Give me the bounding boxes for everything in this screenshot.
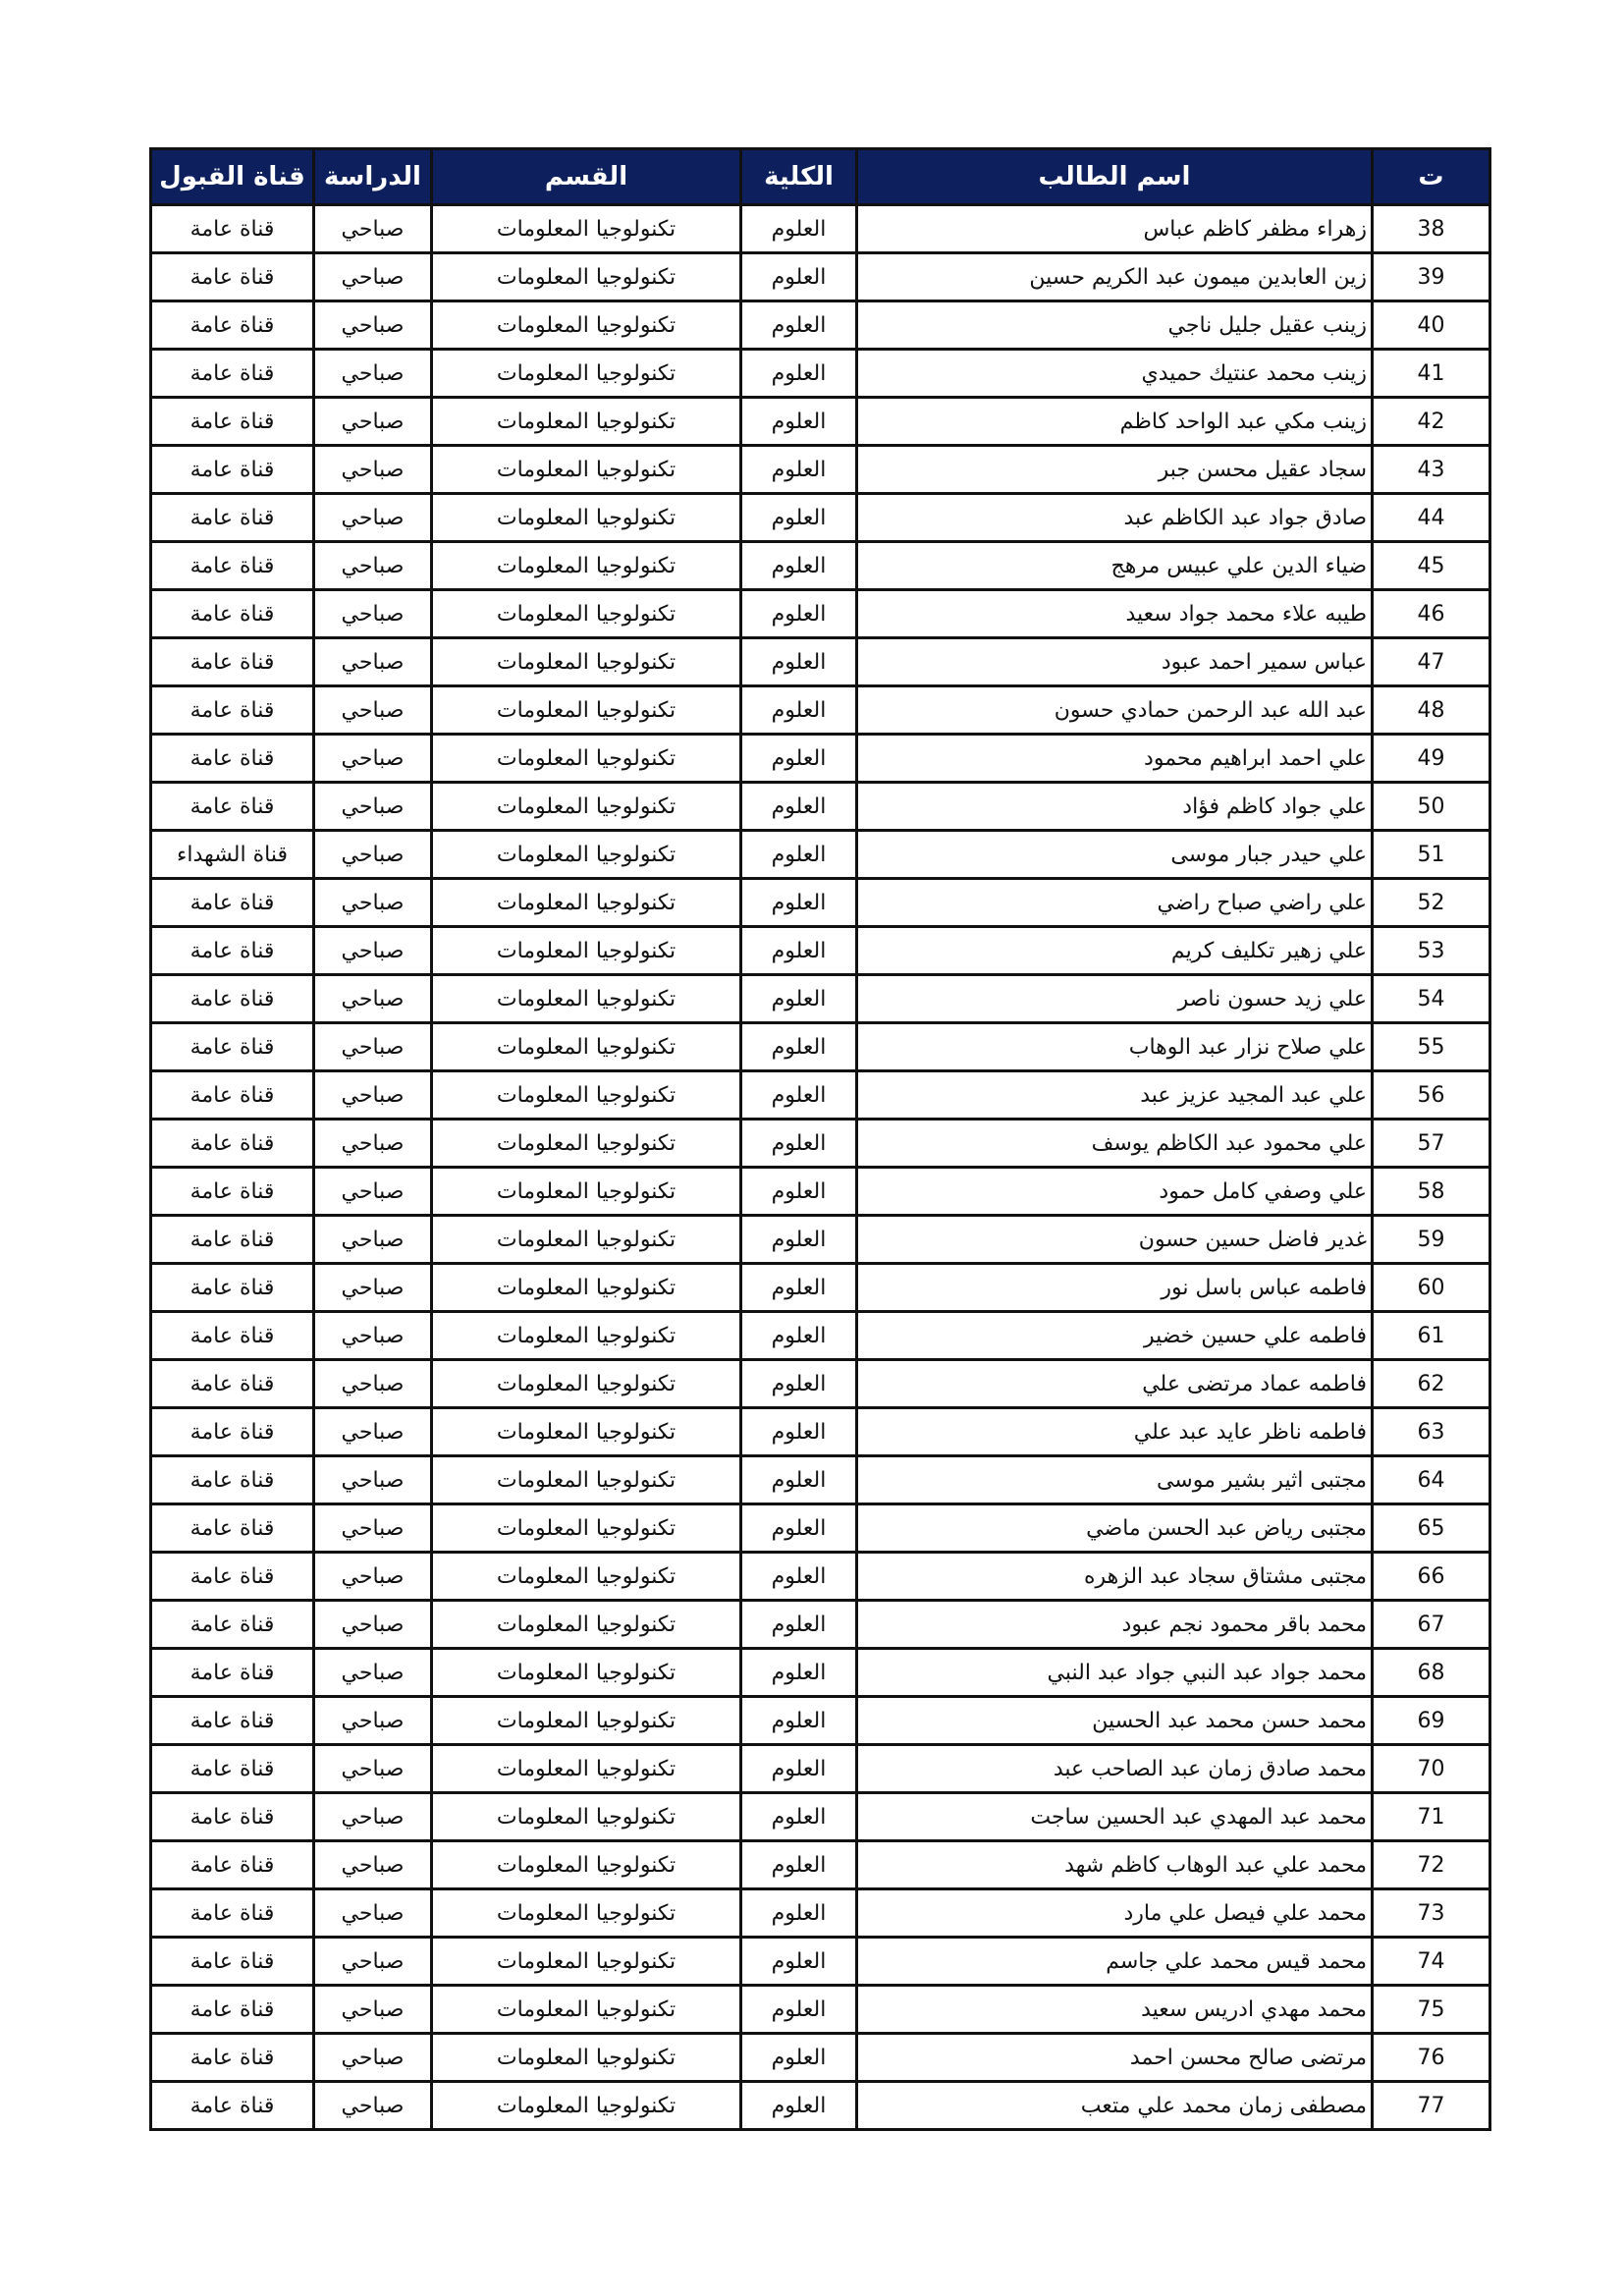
cell-study-type: صباحي (314, 1745, 432, 1793)
table-row: 65مجتبى رياض عبد الحسن ماضيالعلومتكنولوج… (151, 1504, 1490, 1553)
header-study: الدراسة (314, 149, 432, 205)
cell-num: 58 (1373, 1168, 1490, 1216)
cell-college: العلوم (741, 1601, 857, 1649)
cell-num: 70 (1373, 1745, 1490, 1793)
cell-study-type: صباحي (314, 253, 432, 301)
cell-student-name: محمد باقر محمود نجم عبود (857, 1601, 1373, 1649)
cell-study-type: صباحي (314, 638, 432, 686)
cell-admission-channel: قناة عامة (151, 1841, 314, 1889)
cell-num: 48 (1373, 686, 1490, 735)
cell-department: تكنولوجيا المعلومات (432, 686, 741, 735)
table-row: 48عبد الله عبد الرحمن حمادي حسونالعلومتك… (151, 686, 1490, 735)
cell-num: 52 (1373, 879, 1490, 927)
cell-study-type: صباحي (314, 1649, 432, 1697)
table-row: 62فاطمه عماد مرتضى عليالعلومتكنولوجيا ال… (151, 1360, 1490, 1408)
cell-admission-channel: قناة عامة (151, 879, 314, 927)
cell-study-type: صباحي (314, 1938, 432, 1986)
cell-student-name: فاطمه عماد مرتضى علي (857, 1360, 1373, 1408)
cell-college: العلوم (741, 1408, 857, 1456)
header-name: اسم الطالب (857, 149, 1373, 205)
table-row: 57علي محمود عبد الكاظم يوسفالعلومتكنولوج… (151, 1120, 1490, 1168)
cell-admission-channel: قناة عامة (151, 1168, 314, 1216)
cell-study-type: صباحي (314, 1408, 432, 1456)
cell-student-name: زينب مكي عبد الواحد كاظم (857, 398, 1373, 446)
cell-admission-channel: قناة عامة (151, 1649, 314, 1697)
cell-num: 42 (1373, 398, 1490, 446)
cell-study-type: صباحي (314, 783, 432, 831)
cell-num: 59 (1373, 1216, 1490, 1264)
table-row: 70محمد صادق زمان عبد الصاحب عبدالعلومتكن… (151, 1745, 1490, 1793)
cell-admission-channel: قناة عامة (151, 1264, 314, 1312)
cell-admission-channel: قناة الشهداء (151, 831, 314, 879)
cell-num: 45 (1373, 542, 1490, 590)
cell-college: العلوم (741, 253, 857, 301)
cell-study-type: صباحي (314, 927, 432, 975)
table-row: 55علي صلاح نزار عبد الوهابالعلومتكنولوجي… (151, 1023, 1490, 1071)
table-row: 59غدير فاضل حسين حسونالعلومتكنولوجيا الم… (151, 1216, 1490, 1264)
cell-college: العلوم (741, 590, 857, 638)
cell-student-name: زين العابدين ميمون عبد الكريم حسين (857, 253, 1373, 301)
cell-admission-channel: قناة عامة (151, 1408, 314, 1456)
table-row: 52علي راضي صباح راضيالعلومتكنولوجيا المع… (151, 879, 1490, 927)
cell-student-name: فاطمه ناظر عايد عبد علي (857, 1408, 1373, 1456)
cell-student-name: غدير فاضل حسين حسون (857, 1216, 1373, 1264)
table-row: 58علي وصفي كامل حمودالعلومتكنولوجيا المع… (151, 1168, 1490, 1216)
cell-department: تكنولوجيا المعلومات (432, 1793, 741, 1841)
header-department: القسم (432, 149, 741, 205)
cell-college: العلوم (741, 1889, 857, 1938)
cell-college: العلوم (741, 1793, 857, 1841)
table-row: 71محمد عبد المهدي عبد الحسين ساجتالعلومت… (151, 1793, 1490, 1841)
cell-num: 56 (1373, 1071, 1490, 1120)
cell-student-name: فاطمه علي حسين خضير (857, 1312, 1373, 1360)
cell-study-type: صباحي (314, 1360, 432, 1408)
cell-college: العلوم (741, 927, 857, 975)
cell-admission-channel: قناة عامة (151, 2034, 314, 2082)
cell-admission-channel: قناة عامة (151, 398, 314, 446)
table-row: 54علي زيد حسون ناصرالعلومتكنولوجيا المعل… (151, 975, 1490, 1023)
cell-student-name: محمد صادق زمان عبد الصاحب عبد (857, 1745, 1373, 1793)
cell-college: العلوم (741, 301, 857, 350)
cell-admission-channel: قناة عامة (151, 638, 314, 686)
cell-num: 60 (1373, 1264, 1490, 1312)
cell-college: العلوم (741, 1841, 857, 1889)
cell-college: العلوم (741, 1649, 857, 1697)
table-row: 38زهراء مظفر كاظم عباسالعلومتكنولوجيا ال… (151, 205, 1490, 253)
table-row: 40زينب عقيل جليل ناجيالعلومتكنولوجيا الم… (151, 301, 1490, 350)
cell-student-name: علي احمد ابراهيم محمود (857, 735, 1373, 783)
cell-num: 66 (1373, 1553, 1490, 1601)
cell-study-type: صباحي (314, 2034, 432, 2082)
cell-college: العلوم (741, 398, 857, 446)
header-row: ت اسم الطالب الكلية القسم الدراسة قناة ا… (151, 149, 1490, 205)
table-body: 38زهراء مظفر كاظم عباسالعلومتكنولوجيا ال… (151, 205, 1490, 2130)
cell-study-type: صباحي (314, 398, 432, 446)
cell-department: تكنولوجيا المعلومات (432, 735, 741, 783)
cell-department: تكنولوجيا المعلومات (432, 2034, 741, 2082)
table-row: 69محمد حسن محمد عبد الحسينالعلومتكنولوجي… (151, 1697, 1490, 1745)
cell-study-type: صباحي (314, 350, 432, 398)
table-row: 73محمد علي فيصل علي ماردالعلومتكنولوجيا … (151, 1889, 1490, 1938)
cell-college: العلوم (741, 735, 857, 783)
cell-college: العلوم (741, 542, 857, 590)
cell-college: العلوم (741, 1168, 857, 1216)
cell-college: العلوم (741, 1264, 857, 1312)
cell-study-type: صباحي (314, 446, 432, 494)
cell-department: تكنولوجيا المعلومات (432, 205, 741, 253)
cell-college: العلوم (741, 1360, 857, 1408)
cell-department: تكنولوجيا المعلومات (432, 1216, 741, 1264)
cell-num: 53 (1373, 927, 1490, 975)
table-row: 46طيبه علاء محمد جواد سعيدالعلومتكنولوجي… (151, 590, 1490, 638)
cell-student-name: سجاد عقيل محسن جبر (857, 446, 1373, 494)
cell-student-name: علي حيدر جبار موسى (857, 831, 1373, 879)
cell-student-name: محمد علي فيصل علي مارد (857, 1889, 1373, 1938)
table-row: 44صادق جواد عبد الكاظم عبدالعلومتكنولوجي… (151, 494, 1490, 542)
cell-admission-channel: قناة عامة (151, 253, 314, 301)
cell-college: العلوم (741, 831, 857, 879)
cell-study-type: صباحي (314, 2082, 432, 2130)
table-row: 64مجتبى اثير بشير موسىالعلومتكنولوجيا ال… (151, 1456, 1490, 1504)
cell-num: 54 (1373, 975, 1490, 1023)
cell-admission-channel: قناة عامة (151, 446, 314, 494)
cell-department: تكنولوجيا المعلومات (432, 350, 741, 398)
cell-student-name: محمد حسن محمد عبد الحسين (857, 1697, 1373, 1745)
cell-admission-channel: قناة عامة (151, 1745, 314, 1793)
cell-department: تكنولوجيا المعلومات (432, 2082, 741, 2130)
cell-college: العلوم (741, 975, 857, 1023)
cell-admission-channel: قناة عامة (151, 542, 314, 590)
cell-student-name: محمد عبد المهدي عبد الحسين ساجت (857, 1793, 1373, 1841)
cell-admission-channel: قناة عامة (151, 1938, 314, 1986)
cell-admission-channel: قناة عامة (151, 735, 314, 783)
cell-num: 61 (1373, 1312, 1490, 1360)
cell-college: العلوم (741, 494, 857, 542)
cell-department: تكنولوجيا المعلومات (432, 1504, 741, 1553)
table-row: 49علي احمد ابراهيم محمودالعلومتكنولوجيا … (151, 735, 1490, 783)
cell-num: 76 (1373, 2034, 1490, 2082)
cell-study-type: صباحي (314, 1841, 432, 1889)
cell-num: 57 (1373, 1120, 1490, 1168)
cell-admission-channel: قناة عامة (151, 2082, 314, 2130)
header-channel: قناة القبول (151, 149, 314, 205)
cell-student-name: فاطمه عباس باسل نور (857, 1264, 1373, 1312)
table-row: 67محمد باقر محمود نجم عبودالعلومتكنولوجي… (151, 1601, 1490, 1649)
cell-admission-channel: قناة عامة (151, 1023, 314, 1071)
cell-student-name: محمد جواد عبد النبي جواد عبد النبي (857, 1649, 1373, 1697)
header-college: الكلية (741, 149, 857, 205)
cell-college: العلوم (741, 1312, 857, 1360)
cell-department: تكنولوجيا المعلومات (432, 446, 741, 494)
cell-student-name: زينب محمد عنتيك حميدي (857, 350, 1373, 398)
table-row: 56علي عبد المجيد عزيز عبدالعلومتكنولوجيا… (151, 1071, 1490, 1120)
cell-student-name: علي وصفي كامل حمود (857, 1168, 1373, 1216)
cell-num: 63 (1373, 1408, 1490, 1456)
cell-student-name: زهراء مظفر كاظم عباس (857, 205, 1373, 253)
cell-student-name: علي جواد كاظم فؤاد (857, 783, 1373, 831)
cell-department: تكنولوجيا المعلومات (432, 253, 741, 301)
cell-admission-channel: قناة عامة (151, 1889, 314, 1938)
cell-student-name: عباس سمير احمد عبود (857, 638, 1373, 686)
cell-study-type: صباحي (314, 301, 432, 350)
cell-admission-channel: قناة عامة (151, 1697, 314, 1745)
cell-college: العلوم (741, 205, 857, 253)
cell-num: 44 (1373, 494, 1490, 542)
cell-college: العلوم (741, 1504, 857, 1553)
table-row: 51علي حيدر جبار موسىالعلومتكنولوجيا المع… (151, 831, 1490, 879)
cell-study-type: صباحي (314, 735, 432, 783)
cell-college: العلوم (741, 1986, 857, 2034)
table-row: 68محمد جواد عبد النبي جواد عبد النبيالعل… (151, 1649, 1490, 1697)
cell-student-name: محمد قيس محمد علي جاسم (857, 1938, 1373, 1986)
cell-department: تكنولوجيا المعلومات (432, 1986, 741, 2034)
cell-college: العلوم (741, 1456, 857, 1504)
cell-student-name: عبد الله عبد الرحمن حمادي حسون (857, 686, 1373, 735)
table-row: 76مرتضى صالح محسن احمدالعلومتكنولوجيا ال… (151, 2034, 1490, 2082)
cell-student-name: علي محمود عبد الكاظم يوسف (857, 1120, 1373, 1168)
cell-college: العلوم (741, 1553, 857, 1601)
cell-college: العلوم (741, 783, 857, 831)
cell-department: تكنولوجيا المعلومات (432, 1168, 741, 1216)
cell-student-name: محمد مهدي ادريس سعيد (857, 1986, 1373, 2034)
table-header: ت اسم الطالب الكلية القسم الدراسة قناة ا… (151, 149, 1490, 205)
cell-admission-channel: قناة عامة (151, 975, 314, 1023)
cell-student-name: مجتبى رياض عبد الحسن ماضي (857, 1504, 1373, 1553)
cell-department: تكنولوجيا المعلومات (432, 1889, 741, 1938)
cell-department: تكنولوجيا المعلومات (432, 1938, 741, 1986)
cell-department: تكنولوجيا المعلومات (432, 1456, 741, 1504)
cell-college: العلوم (741, 1071, 857, 1120)
header-num: ت (1373, 149, 1490, 205)
cell-num: 47 (1373, 638, 1490, 686)
cell-department: تكنولوجيا المعلومات (432, 831, 741, 879)
cell-study-type: صباحي (314, 1216, 432, 1264)
cell-study-type: صباحي (314, 686, 432, 735)
table-row: 41زينب محمد عنتيك حميديالعلومتكنولوجيا ا… (151, 350, 1490, 398)
cell-num: 55 (1373, 1023, 1490, 1071)
cell-num: 64 (1373, 1456, 1490, 1504)
cell-admission-channel: قناة عامة (151, 1312, 314, 1360)
cell-department: تكنولوجيا المعلومات (432, 1841, 741, 1889)
cell-department: تكنولوجيا المعلومات (432, 879, 741, 927)
cell-college: العلوم (741, 1697, 857, 1745)
cell-admission-channel: قناة عامة (151, 783, 314, 831)
cell-num: 71 (1373, 1793, 1490, 1841)
cell-study-type: صباحي (314, 831, 432, 879)
cell-student-name: مصطفى زمان محمد علي متعب (857, 2082, 1373, 2130)
cell-department: تكنولوجيا المعلومات (432, 638, 741, 686)
cell-department: تكنولوجيا المعلومات (432, 1120, 741, 1168)
cell-num: 77 (1373, 2082, 1490, 2130)
cell-study-type: صباحي (314, 879, 432, 927)
students-table: ت اسم الطالب الكلية القسم الدراسة قناة ا… (149, 147, 1491, 2131)
table-row: 42زينب مكي عبد الواحد كاظمالعلومتكنولوجي… (151, 398, 1490, 446)
cell-num: 51 (1373, 831, 1490, 879)
cell-admission-channel: قناة عامة (151, 1601, 314, 1649)
table-row: 47عباس سمير احمد عبودالعلومتكنولوجيا الم… (151, 638, 1490, 686)
cell-college: العلوم (741, 638, 857, 686)
cell-college: العلوم (741, 2034, 857, 2082)
table-row: 53علي زهير تكليف كريمالعلومتكنولوجيا الم… (151, 927, 1490, 975)
cell-num: 50 (1373, 783, 1490, 831)
cell-department: تكنولوجيا المعلومات (432, 927, 741, 975)
cell-college: العلوم (741, 686, 857, 735)
cell-college: العلوم (741, 1120, 857, 1168)
cell-admission-channel: قناة عامة (151, 1553, 314, 1601)
cell-student-name: علي عبد المجيد عزيز عبد (857, 1071, 1373, 1120)
cell-student-name: علي زيد حسون ناصر (857, 975, 1373, 1023)
cell-num: 68 (1373, 1649, 1490, 1697)
cell-num: 40 (1373, 301, 1490, 350)
cell-study-type: صباحي (314, 1071, 432, 1120)
table-row: 60فاطمه عباس باسل نورالعلومتكنولوجيا الم… (151, 1264, 1490, 1312)
cell-num: 75 (1373, 1986, 1490, 2034)
cell-admission-channel: قناة عامة (151, 301, 314, 350)
cell-student-name: زينب عقيل جليل ناجي (857, 301, 1373, 350)
cell-study-type: صباحي (314, 1697, 432, 1745)
cell-college: العلوم (741, 1216, 857, 1264)
cell-study-type: صباحي (314, 494, 432, 542)
table-row: 75محمد مهدي ادريس سعيدالعلومتكنولوجيا ال… (151, 1986, 1490, 2034)
cell-study-type: صباحي (314, 1456, 432, 1504)
cell-admission-channel: قناة عامة (151, 590, 314, 638)
cell-num: 49 (1373, 735, 1490, 783)
cell-college: العلوم (741, 1938, 857, 1986)
cell-num: 69 (1373, 1697, 1490, 1745)
cell-study-type: صباحي (314, 542, 432, 590)
cell-admission-channel: قناة عامة (151, 1504, 314, 1553)
cell-num: 39 (1373, 253, 1490, 301)
cell-student-name: مجتبى اثير بشير موسى (857, 1456, 1373, 1504)
cell-admission-channel: قناة عامة (151, 494, 314, 542)
cell-department: تكنولوجيا المعلومات (432, 975, 741, 1023)
cell-study-type: صباحي (314, 1168, 432, 1216)
students-table-container: ت اسم الطالب الكلية القسم الدراسة قناة ا… (149, 147, 1489, 2131)
cell-study-type: صباحي (314, 1601, 432, 1649)
cell-admission-channel: قناة عامة (151, 1793, 314, 1841)
cell-study-type: صباحي (314, 1793, 432, 1841)
cell-department: تكنولوجيا المعلومات (432, 1071, 741, 1120)
table-row: 72محمد علي عبد الوهاب كاظم شهدالعلومتكنو… (151, 1841, 1490, 1889)
table-row: 66مجتبى مشتاق سجاد عبد الزهرهالعلومتكنول… (151, 1553, 1490, 1601)
cell-department: تكنولوجيا المعلومات (432, 301, 741, 350)
cell-admission-channel: قناة عامة (151, 1120, 314, 1168)
cell-admission-channel: قناة عامة (151, 1360, 314, 1408)
table-row: 43سجاد عقيل محسن جبرالعلومتكنولوجيا المع… (151, 446, 1490, 494)
cell-student-name: طيبه علاء محمد جواد سعيد (857, 590, 1373, 638)
cell-college: العلوم (741, 2082, 857, 2130)
cell-num: 62 (1373, 1360, 1490, 1408)
cell-num: 67 (1373, 1601, 1490, 1649)
cell-study-type: صباحي (314, 590, 432, 638)
cell-admission-channel: قناة عامة (151, 205, 314, 253)
table-row: 50علي جواد كاظم فؤادالعلومتكنولوجيا المع… (151, 783, 1490, 831)
cell-department: تكنولوجيا المعلومات (432, 1697, 741, 1745)
cell-admission-channel: قناة عامة (151, 927, 314, 975)
cell-student-name: مرتضى صالح محسن احمد (857, 2034, 1373, 2082)
cell-department: تكنولوجيا المعلومات (432, 783, 741, 831)
cell-admission-channel: قناة عامة (151, 1456, 314, 1504)
cell-study-type: صباحي (314, 1986, 432, 2034)
table-row: 45ضياء الدين علي عبيس مرهجالعلومتكنولوجي… (151, 542, 1490, 590)
cell-department: تكنولوجيا المعلومات (432, 590, 741, 638)
cell-student-name: علي زهير تكليف كريم (857, 927, 1373, 975)
cell-admission-channel: قناة عامة (151, 1216, 314, 1264)
cell-department: تكنولوجيا المعلومات (432, 494, 741, 542)
cell-num: 41 (1373, 350, 1490, 398)
cell-num: 73 (1373, 1889, 1490, 1938)
cell-student-name: علي راضي صباح راضي (857, 879, 1373, 927)
cell-study-type: صباحي (314, 1553, 432, 1601)
cell-study-type: صباحي (314, 205, 432, 253)
cell-study-type: صباحي (314, 1504, 432, 1553)
cell-college: العلوم (741, 350, 857, 398)
table-row: 63فاطمه ناظر عايد عبد عليالعلومتكنولوجيا… (151, 1408, 1490, 1456)
cell-admission-channel: قناة عامة (151, 1071, 314, 1120)
cell-num: 74 (1373, 1938, 1490, 1986)
table-row: 61فاطمه علي حسين خضيرالعلومتكنولوجيا الم… (151, 1312, 1490, 1360)
cell-admission-channel: قناة عامة (151, 686, 314, 735)
cell-department: تكنولوجيا المعلومات (432, 1360, 741, 1408)
cell-study-type: صباحي (314, 1312, 432, 1360)
cell-admission-channel: قناة عامة (151, 350, 314, 398)
cell-department: تكنولوجيا المعلومات (432, 1601, 741, 1649)
cell-num: 43 (1373, 446, 1490, 494)
cell-department: تكنولوجيا المعلومات (432, 542, 741, 590)
cell-department: تكنولوجيا المعلومات (432, 1553, 741, 1601)
cell-study-type: صباحي (314, 1889, 432, 1938)
cell-num: 72 (1373, 1841, 1490, 1889)
table-row: 39زين العابدين ميمون عبد الكريم حسينالعل… (151, 253, 1490, 301)
cell-department: تكنولوجيا المعلومات (432, 1264, 741, 1312)
cell-student-name: محمد علي عبد الوهاب كاظم شهد (857, 1841, 1373, 1889)
cell-department: تكنولوجيا المعلومات (432, 1023, 741, 1071)
cell-college: العلوم (741, 879, 857, 927)
table-row: 74محمد قيس محمد علي جاسمالعلومتكنولوجيا … (151, 1938, 1490, 1986)
cell-student-name: صادق جواد عبد الكاظم عبد (857, 494, 1373, 542)
cell-college: العلوم (741, 446, 857, 494)
cell-student-name: مجتبى مشتاق سجاد عبد الزهره (857, 1553, 1373, 1601)
cell-college: العلوم (741, 1745, 857, 1793)
cell-num: 65 (1373, 1504, 1490, 1553)
cell-college: العلوم (741, 1023, 857, 1071)
cell-student-name: علي صلاح نزار عبد الوهاب (857, 1023, 1373, 1071)
cell-study-type: صباحي (314, 1264, 432, 1312)
cell-department: تكنولوجيا المعلومات (432, 1312, 741, 1360)
cell-num: 46 (1373, 590, 1490, 638)
cell-student-name: ضياء الدين علي عبيس مرهج (857, 542, 1373, 590)
cell-department: تكنولوجيا المعلومات (432, 398, 741, 446)
cell-department: تكنولوجيا المعلومات (432, 1649, 741, 1697)
cell-study-type: صباحي (314, 975, 432, 1023)
cell-study-type: صباحي (314, 1023, 432, 1071)
cell-admission-channel: قناة عامة (151, 1986, 314, 2034)
cell-department: تكنولوجيا المعلومات (432, 1408, 741, 1456)
cell-num: 38 (1373, 205, 1490, 253)
cell-department: تكنولوجيا المعلومات (432, 1745, 741, 1793)
cell-study-type: صباحي (314, 1120, 432, 1168)
table-row: 77مصطفى زمان محمد علي متعبالعلومتكنولوجي… (151, 2082, 1490, 2130)
